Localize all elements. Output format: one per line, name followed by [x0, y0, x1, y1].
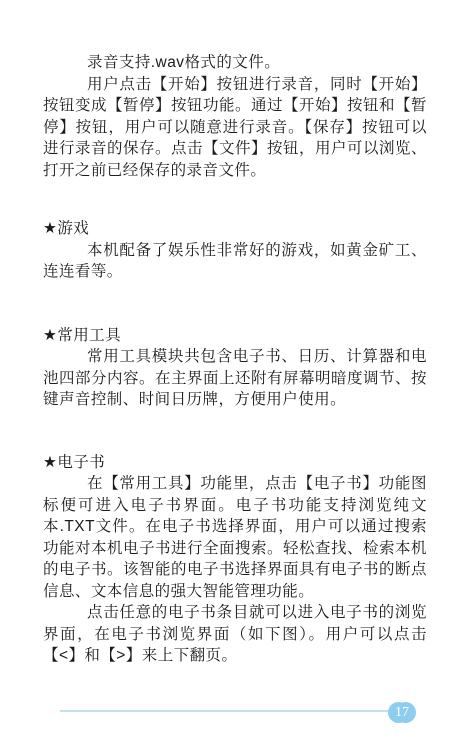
paragraph-ebook-intro: 在【常用工具】功能里，点击【电子书】功能图标便可进入电子书界面。电子书功能支持浏…: [43, 473, 427, 602]
page-number: 17: [388, 702, 416, 723]
section-heading-games: ★游戏: [43, 218, 427, 240]
manual-page: 录音支持.wav格式的文件。 用户点击【开始】按钮进行录音，同时【开始】按钮变成…: [0, 0, 472, 756]
section-heading-common-tools: ★常用工具: [43, 325, 427, 347]
paragraph-recording-buttons: 用户点击【开始】按钮进行录音，同时【开始】按钮变成【暂停】按钮功能。通过【开始】…: [43, 74, 427, 182]
page-number-badge: 17: [388, 702, 416, 723]
page-body-text: 录音支持.wav格式的文件。 用户点击【开始】按钮进行录音，同时【开始】按钮变成…: [43, 52, 427, 667]
paragraph-common-tools: 常用工具模块共包含电子书、日历、计算器和电池四部分内容。在主界面上还附有屏幕明暗…: [43, 346, 427, 411]
footer-rule: [60, 710, 390, 712]
section-heading-ebook: ★电子书: [43, 452, 427, 474]
paragraph-ebook-browse: 点击任意的电子书条目就可以进入电子书的浏览界面，在电子书浏览界面（如下图）。用户…: [43, 602, 427, 667]
paragraph-games: 本机配备了娱乐性非常好的游戏，如黄金矿工、连连看等。: [43, 240, 427, 283]
paragraph-recording-format: 录音支持.wav格式的文件。: [43, 52, 427, 74]
